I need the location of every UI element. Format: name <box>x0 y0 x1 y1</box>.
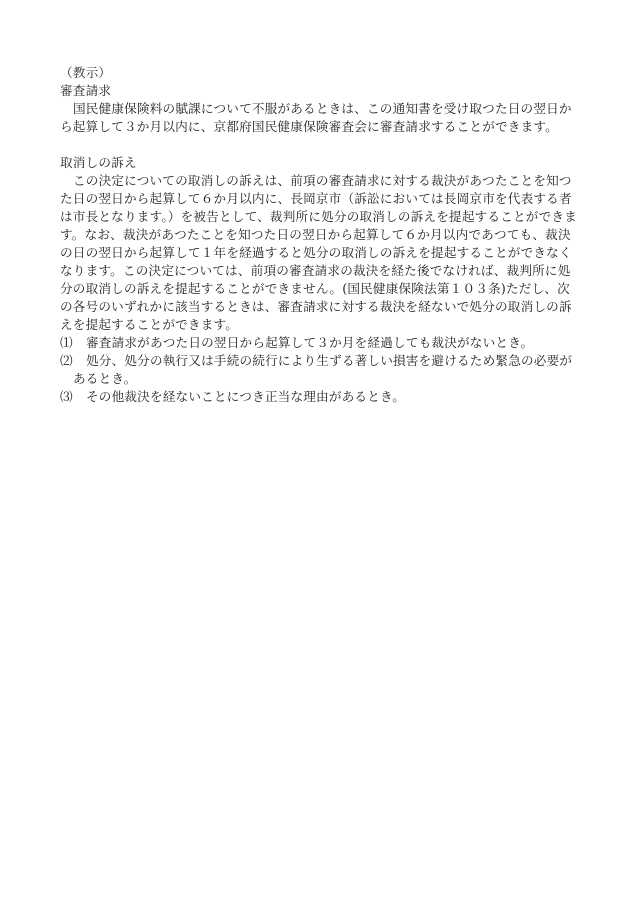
spacer <box>60 136 605 154</box>
item-text-continued: あるとき。 <box>60 370 605 388</box>
paragraph-line: この決定についての取消しの訴えは、前項の審査請求に対する裁決があつたことを知つ <box>60 172 605 190</box>
paragraph-line: た日の翌日から起算して６か月以内に、長岡京市（訴訟においては長岡京市を代表する者 <box>60 190 605 208</box>
item-text: 処分、処分の執行又は手続の続行により生ずる著しい損害を避けるため緊急の必要が <box>86 352 572 370</box>
list-item: ⑵ 処分、処分の執行又は手続の続行により生ずる著しい損害を避けるため緊急の必要が <box>60 352 605 370</box>
paragraph-line: は市長となります。）を被告として、裁判所に処分の取消しの訴えを提起することができ… <box>60 208 605 226</box>
item-text: 審査請求があつた日の翌日から起算して３か月を経過しても裁決がないとき。 <box>86 334 533 352</box>
notice-heading: （教示） <box>60 64 605 82</box>
paragraph-line: ら起算して３か月以内に、京都府国民健康保険審査会に審査請求することができます。 <box>60 118 605 136</box>
paragraph-line: えを提起することができます。 <box>60 316 605 334</box>
list-item: ⑶ その他裁決を経ないことにつき正当な理由があるとき。 <box>60 388 605 406</box>
paragraph-line: す。なお、裁決があつたことを知つた日の翌日から起算して６か月以内であつても、裁決 <box>60 226 605 244</box>
section-revocation-suit: 取消しの訴え この決定についての取消しの訴えは、前項の審査請求に対する裁決があつ… <box>60 154 605 406</box>
notice-document: （教示） 審査請求 国民健康保険料の賦課について不服があるときは、この通知書を受… <box>60 64 605 406</box>
item-text: その他裁決を経ないことにつき正当な理由があるとき。 <box>86 388 405 406</box>
section-title: 取消しの訴え <box>60 154 605 172</box>
paragraph-line: なります。この決定については、前項の審査請求の裁決を経た後でなければ、裁判所に処 <box>60 262 605 280</box>
item-number: ⑴ <box>60 334 86 352</box>
section-title: 審査請求 <box>60 82 605 100</box>
item-number: ⑶ <box>60 388 86 406</box>
paragraph-line: の日の翌日から起算して１年を経過すると処分の取消しの訴えを提起することができなく <box>60 244 605 262</box>
paragraph-line: 国民健康保険料の賦課について不服があるときは、この通知書を受け取つた日の翌日か <box>60 100 605 118</box>
section-appeal: 審査請求 国民健康保険料の賦課について不服があるときは、この通知書を受け取つた日… <box>60 82 605 136</box>
paragraph-line: の各号のいずれかに該当するときは、審査請求に対する裁決を経ないで処分の取消しの訴 <box>60 298 605 316</box>
item-number: ⑵ <box>60 352 86 370</box>
paragraph-line: 分の取消しの訴えを提起することができません。(国民健康保険法第１０３条)ただし、… <box>60 280 605 298</box>
list-item: ⑴ 審査請求があつた日の翌日から起算して３か月を経過しても裁決がないとき。 <box>60 334 605 352</box>
